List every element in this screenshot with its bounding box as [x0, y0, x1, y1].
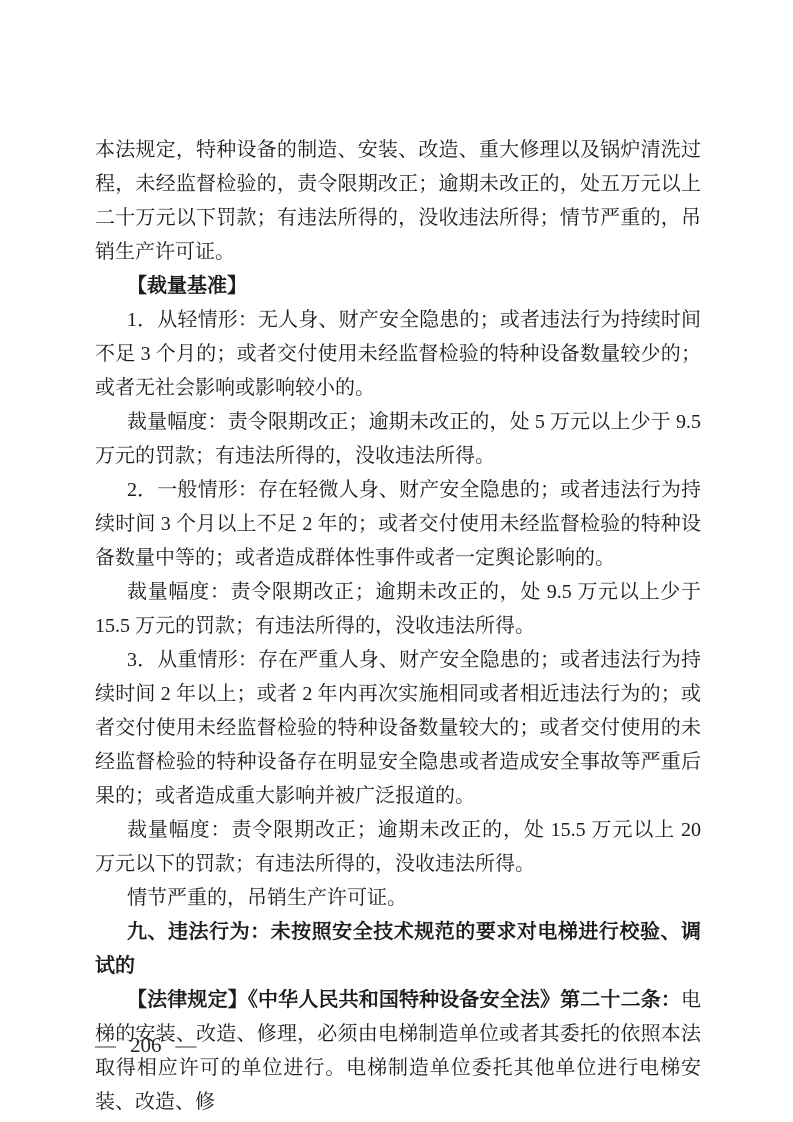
footer-right-dash: — — [176, 1030, 197, 1060]
page-number: 206 — [130, 1030, 162, 1060]
paragraph-lenient-circumstance: 1．从轻情形：无人身、财产安全隐患的；或者违法行为持续时间不足 3 个月的；或者… — [95, 303, 701, 405]
document-page: 本法规定，特种设备的制造、安装、改造、重大修理以及锅炉清洗过程，未经监督检验的，… — [0, 0, 793, 1122]
paragraph-general-circumstance: 2．一般情形：存在轻微人身、财产安全隐患的；或者违法行为持续时间 3 个月以上不… — [95, 473, 701, 575]
paragraph-severe-circumstance: 3．从重情形：存在严重人身、财产安全隐患的；或者违法行为持续时间 2 年以上；或… — [95, 643, 701, 813]
paragraph-license-revocation: 情节严重的，吊销生产许可证。 — [95, 881, 701, 915]
paragraph-general-discretion-range: 裁量幅度：责令限期改正；逾期未改正的，处 9.5 万元以上少于 15.5 万元的… — [95, 575, 701, 643]
paragraph-lenient-discretion-range: 裁量幅度：责令限期改正；逾期未改正的，处 5 万元以上少于 9.5 万元的罚款；… — [95, 405, 701, 473]
document-body: 本法规定，特种设备的制造、安装、改造、重大修理以及锅炉清洗过程，未经监督检验的，… — [95, 133, 701, 1119]
paragraph-penalty-continuation: 本法规定，特种设备的制造、安装、改造、重大修理以及锅炉清洗过程，未经监督检验的，… — [95, 133, 701, 269]
heading-violation-nine: 九、违法行为：未按照安全技术规范的要求对电梯进行校验、调试的 — [95, 915, 701, 983]
page-footer: —206— — [95, 1030, 197, 1060]
paragraph-severe-discretion-range: 裁量幅度：责令限期改正；逾期未改正的，处 15.5 万元以上 20 万元以下的罚… — [95, 813, 701, 881]
legal-provision-lead: 【法律规定】《中华人民共和国特种设备安全法》第二十二条： — [127, 989, 681, 1011]
heading-discretion-basis: 【裁量基准】 — [95, 269, 701, 303]
footer-left-dash: — — [95, 1030, 116, 1060]
